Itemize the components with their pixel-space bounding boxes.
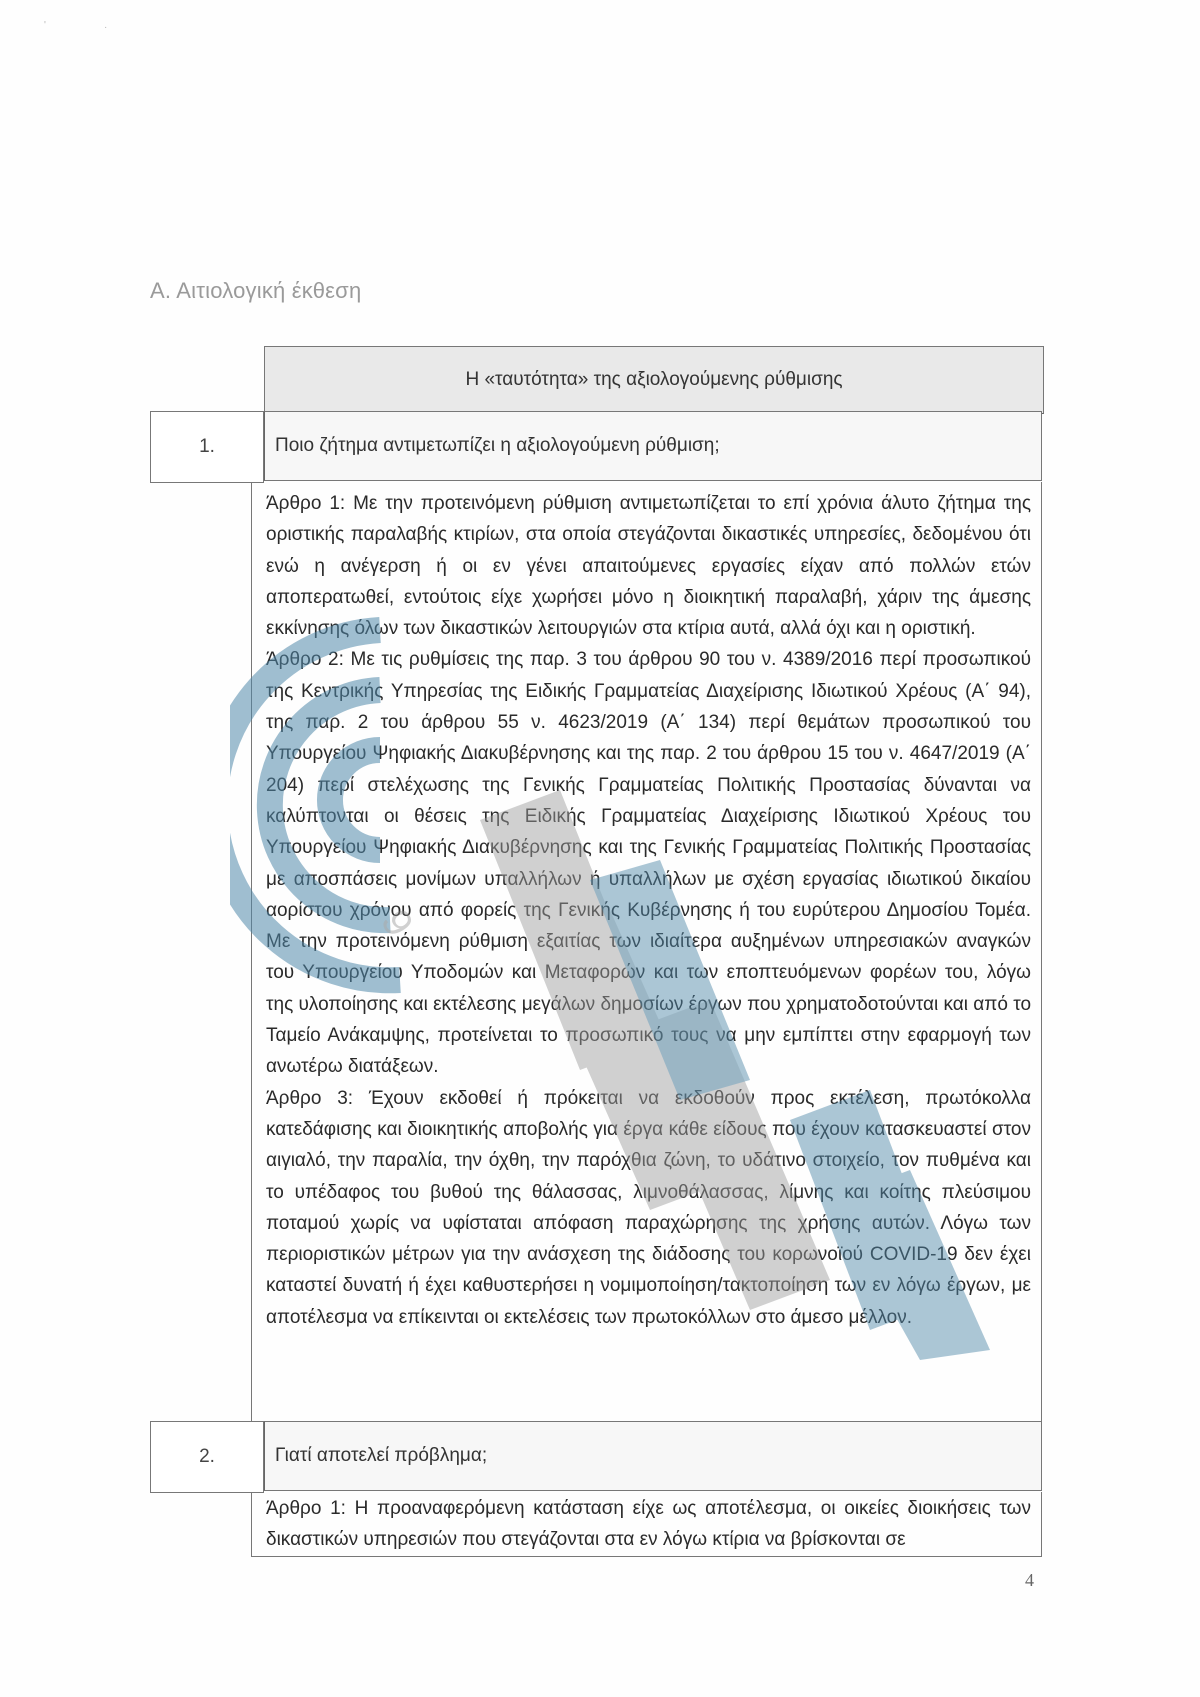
page-number: 4 — [1025, 1570, 1034, 1591]
section-heading: Α. Αιτιολογική έκθεση — [150, 278, 361, 304]
answer-paragraph: Άρθρο 2: Με τις ρυθμίσεις της παρ. 3 του… — [266, 644, 1031, 1082]
scan-artifact: · — [104, 22, 107, 33]
answer-paragraph: Άρθρο 1: Με την προτεινόμενη ρύθμιση αντ… — [266, 488, 1031, 644]
row-number: 2. — [150, 1421, 264, 1493]
answer-paragraph: Άρθρο 3: Έχουν εκδοθεί ή πρόκειται να εκ… — [266, 1083, 1031, 1333]
scan-artifact: ' — [44, 20, 46, 31]
answer-paragraph: Άρθρο 1: Η προαναφερόμενη κατάσταση είχε… — [266, 1493, 1031, 1556]
row-question: Γιατί αποτελεί πρόβλημα; — [264, 1421, 1042, 1491]
table-header: Η «ταυτότητα» της αξιολογούμενης ρύθμιση… — [264, 346, 1044, 414]
row-question: Ποιο ζήτημα αντιμετωπίζει η αξιολογούμεν… — [264, 411, 1042, 481]
row-answer: Άρθρο 1: Η προαναφερόμενη κατάσταση είχε… — [251, 1492, 1042, 1557]
row-answer: Άρθρο 1: Με την προτεινόμενη ρύθμιση αντ… — [251, 482, 1042, 1422]
row-number: 1. — [150, 411, 264, 483]
